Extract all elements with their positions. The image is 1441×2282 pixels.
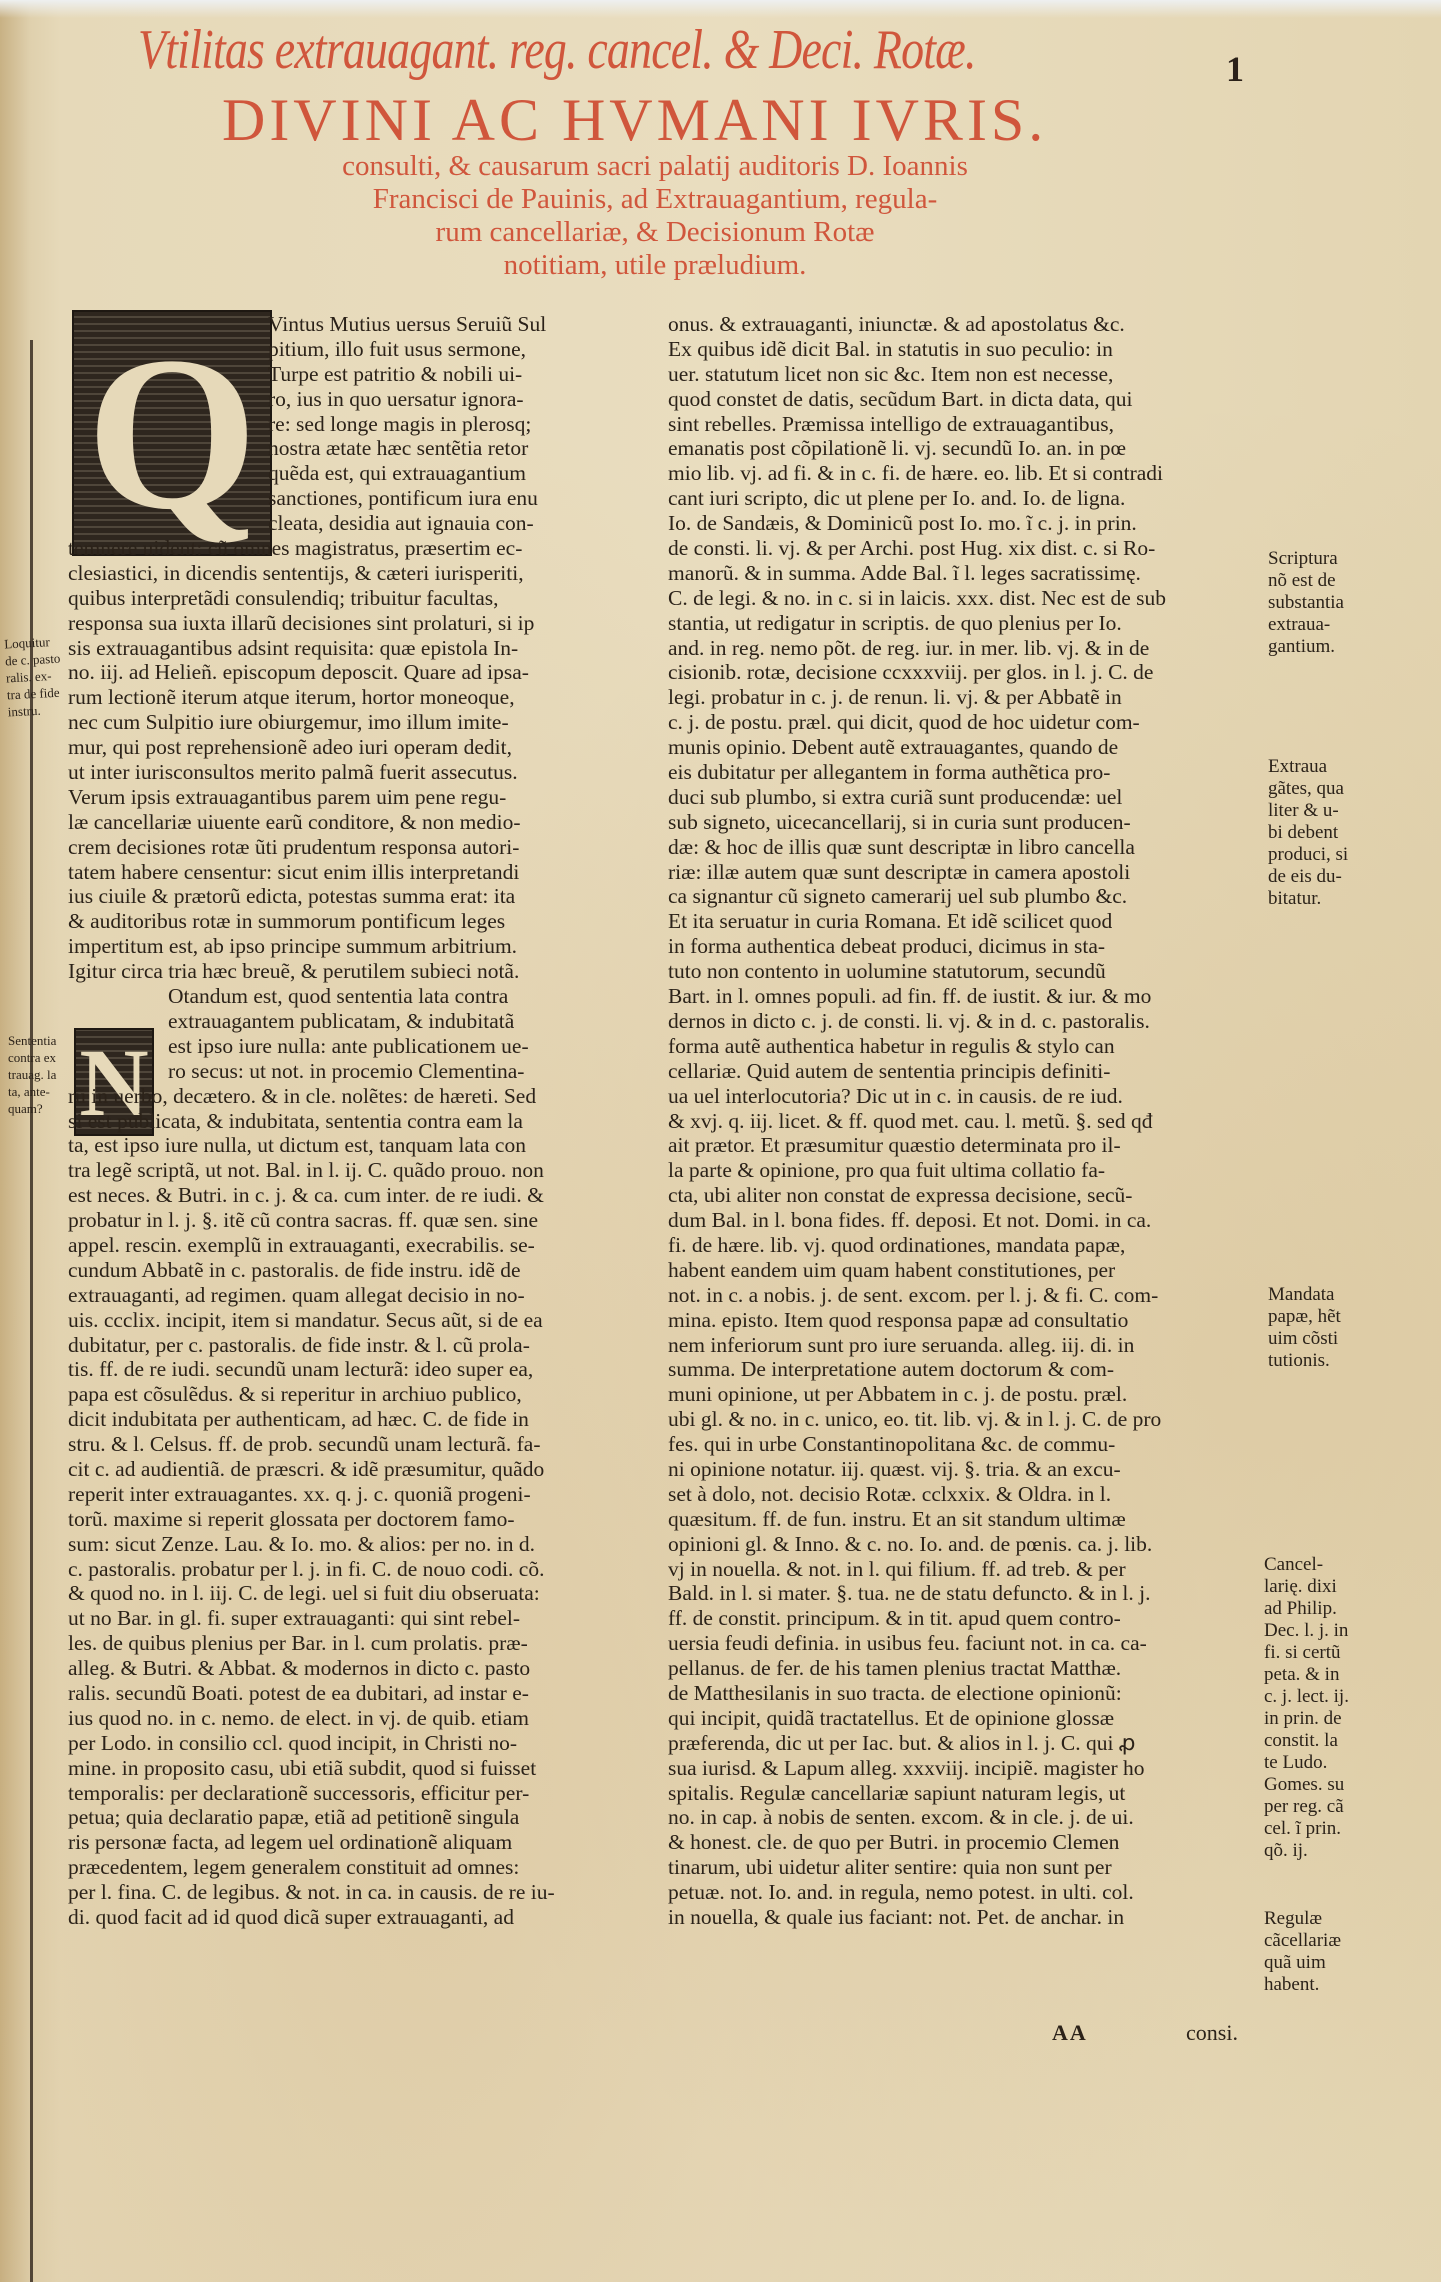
text-line: ro, ius in quo uersatur ignora- — [68, 387, 628, 412]
margin-note-line: habent. — [1264, 1974, 1384, 1996]
text-line: di. quod facit ad id quod dicã super ext… — [68, 1905, 628, 1930]
text-line: per l. fina. C. de legibus. & not. in ca… — [68, 1880, 628, 1905]
text-line: cit c. ad audientiã. de præscri. & idẽ p… — [68, 1457, 628, 1482]
text-line: tatem habere censentur: sicut enim illis… — [68, 860, 628, 885]
text-line: ralis. secundũ Boati. potest de ea dubit… — [68, 1681, 628, 1706]
margin-note-line: peta. & in — [1264, 1664, 1384, 1686]
left-margin-note: Loquiturde c. pastoralis. ex-tra de fide… — [4, 633, 64, 721]
text-line: cundum Abbatẽ in c. pastoralis. de fide … — [68, 1258, 628, 1283]
text-line: Et ita seruatur in curia Romana. Et idẽ … — [668, 909, 1250, 934]
margin-note-line: bitatur. — [1268, 888, 1388, 910]
text-line: papa est cõsulẽdus. & si reperitur in ar… — [68, 1382, 628, 1407]
text-line: ius quod no. in c. nemo. de elect. in vj… — [68, 1706, 628, 1731]
text-line: extrauagantem publicatam, & indubitatã — [68, 1009, 628, 1034]
margin-note-line: bi debent — [1268, 822, 1388, 844]
text-line: ubi gl. & no. in c. unico, eo. tit. lib.… — [668, 1407, 1250, 1432]
text-line: ca signantur cũ signeto camerarij uel su… — [668, 884, 1250, 909]
text-line: rum lectionẽ iterum atque iterum, hortor… — [68, 685, 628, 710]
margin-note-line: tra de fide — [6, 684, 63, 704]
text-line: præferenda, dic ut per Iac. but. & alios… — [668, 1731, 1250, 1756]
text-line: de Matthesilanis in suo tracta. de elect… — [668, 1681, 1250, 1706]
page-title: DIVINI AC HVMANI IVRIS. — [222, 86, 1082, 155]
margin-note-line: in prin. de — [1264, 1708, 1384, 1730]
margin-note-line: larię. dixi — [1264, 1576, 1384, 1598]
text-line: mine. in proposito casu, ubi etiã subdit… — [68, 1756, 628, 1781]
text-line: duci sub plumbo, si extra curiã sunt pro… — [668, 785, 1250, 810]
margin-note-line: nõ est de — [1268, 570, 1388, 592]
text-line: stantia, ut redigatur in scriptis. de qu… — [668, 611, 1250, 636]
margin-note-line: de c. pasto — [5, 650, 62, 670]
left-margin-note: Sententiacontra extrauag. lata, ante-qua… — [8, 1032, 62, 1117]
margin-note-line: substantia — [1268, 592, 1388, 614]
subtitle-line: consulti, & causarum sacri palatij audit… — [230, 150, 1080, 183]
text-line: crem decisiones rotæ ũti prudentum respo… — [68, 835, 628, 860]
text-line: Bart. in l. omnes populi. ad fin. ff. de… — [668, 984, 1250, 1009]
margin-note-line: quam? — [8, 1100, 62, 1117]
text-line: uersia feudi definia. in usibus feu. fac… — [668, 1631, 1250, 1656]
text-line: summa. De interpretatione autem doctorum… — [668, 1357, 1250, 1382]
right-margin-note: Extrauagãtes, qualiter & u-bi debentprod… — [1268, 756, 1388, 910]
text-line: pitium, illo fuit usus sermone, — [68, 337, 628, 362]
text-line: sint rebelles. Præmissa intelligo de ext… — [668, 412, 1250, 437]
margin-note-line: te Ludo. — [1264, 1752, 1384, 1774]
margin-note-line: qõ. ij. — [1264, 1840, 1384, 1862]
right-margin-note: Scripturanõ est desubstantiaextraua-gant… — [1268, 548, 1388, 658]
text-line: fi. de hære. lib. vj. quod ordinationes,… — [668, 1233, 1250, 1258]
text-line: ius ciuile & prætorũ edicta, potestas su… — [68, 884, 628, 909]
text-line: si est publicata, & indubitata, sententi… — [68, 1109, 628, 1134]
margin-note-line: Extraua — [1268, 756, 1388, 778]
text-line: onus. & extrauaganti, iniunctæ. & ad apo… — [668, 312, 1250, 337]
text-line: manorũ. & in summa. Adde Bal. ĩ l. leges… — [668, 561, 1250, 586]
text-line: spitalis. Regulæ cancellariæ sapiunt nat… — [668, 1781, 1250, 1806]
text-line: præcedentem, legem generalem constituit … — [68, 1855, 628, 1880]
text-line: cta, ubi aliter non constat de expressa … — [668, 1183, 1250, 1208]
margin-note-line: trauag. la — [8, 1066, 62, 1083]
margin-note-line: constit. la — [1264, 1730, 1384, 1752]
margin-note-line: papæ, hẽt — [1268, 1306, 1388, 1328]
text-line: dicit indubitata per authenticam, ad hæc… — [68, 1407, 628, 1432]
right-text-column: onus. & extrauaganti, iniunctæ. & ad apo… — [668, 312, 1250, 1930]
text-line: & honest. cle. de quo per Butri. in proc… — [668, 1830, 1250, 1855]
text-line: Igitur circa tria hæc breuẽ, & perutilem… — [68, 959, 628, 984]
text-line: Ex quibus idẽ dicit Bal. in statutis in … — [668, 337, 1250, 362]
running-head: Vtilitas extrauagant. reg. cancel. & Dec… — [138, 18, 991, 82]
text-line: habent eandem uim quam habent constituti… — [668, 1258, 1250, 1283]
text-line: quæsitum. ff. de fun. instru. Et an sit … — [668, 1507, 1250, 1532]
text-line: quibus interpretãdi consulendiq; tribuit… — [68, 586, 628, 611]
margin-note-line: fi. si certũ — [1264, 1642, 1384, 1664]
text-line: re: sed longe magis in plerosq; — [68, 412, 628, 437]
margin-note-line: cãcellariæ — [1264, 1930, 1384, 1952]
text-line: de consti. li. vj. & per Archi. post Hug… — [668, 536, 1250, 561]
text-line: ro secus: ut not. in procemio Clementina… — [68, 1059, 628, 1084]
text-line: no. iij. ad Helieñ. episcopum deposcit. … — [68, 660, 628, 685]
subtitle-line: notitiam, utile præludium. — [230, 249, 1080, 282]
text-line: c. pastoralis. probatur per l. j. in fi.… — [68, 1557, 628, 1582]
text-line: temnere uident: cũ omnes magistratus, pr… — [68, 536, 628, 561]
text-line: opinioni gl. & Inno. & c. no. Io. and. d… — [668, 1532, 1250, 1557]
margin-note-line: gantium. — [1268, 636, 1388, 658]
text-line: est neces. & Butri. in c. j. & ca. cum i… — [68, 1183, 628, 1208]
text-line: c. j. de postu. præl. qui dicit, quod de… — [668, 710, 1250, 735]
text-line: quẽda est, qui extrauagantium — [68, 461, 628, 486]
margin-note-line: cel. ĩ prin. — [1264, 1818, 1384, 1840]
text-line: riæ: illæ autem quæ sunt descriptæ in ca… — [668, 860, 1250, 885]
text-line: est ipso iure nulla: ante publicationem … — [68, 1034, 628, 1059]
text-line: pellanus. de fer. de his tamen plenius t… — [668, 1656, 1250, 1681]
right-margin-note: Regulæcãcellariæquã uimhabent. — [1264, 1908, 1384, 1996]
text-line: sua iurisd. & Lapum alleg. xxxviij. inci… — [668, 1756, 1250, 1781]
text-line: Verum ipsis extrauagantibus parem uim pe… — [68, 785, 628, 810]
text-line: clesiastici, in dicendis sententijs, & c… — [68, 561, 628, 586]
text-line: vj in nouella. & not. in l. qui filium. … — [668, 1557, 1250, 1582]
margin-note-line: Sententia — [8, 1032, 62, 1049]
text-line: Vintus Mutius uersus Seruiũ Sul — [68, 312, 628, 337]
text-line: alleg. & Butri. & Abbat. & modernos in d… — [68, 1656, 628, 1681]
text-line: forma autẽ authentica habetur in regulis… — [668, 1034, 1250, 1059]
right-margin-note: Mandatapapæ, hẽtuim cõstitutionis. — [1268, 1284, 1388, 1372]
margin-note-line: Cancel- — [1264, 1554, 1384, 1576]
margin-note-line: extraua- — [1268, 614, 1388, 636]
text-line: & auditoribus rotæ in summorum pontificu… — [68, 909, 628, 934]
margin-note-line: Gomes. su — [1264, 1774, 1384, 1796]
text-line: probatur in l. j. §. itẽ cũ contra sacra… — [68, 1208, 628, 1233]
text-line: sanctiones, pontificum iura enu — [68, 486, 628, 511]
margin-note-line: de eis du- — [1268, 866, 1388, 888]
text-line: Io. de Sandæis, & Dominicũ post Io. mo. … — [668, 511, 1250, 536]
text-line: petua; quia declaratio papæ, etiã ad pet… — [68, 1805, 628, 1830]
text-line: in nouella, & quale ius faciant: not. Pe… — [668, 1905, 1250, 1930]
text-line: tinarum, ubi uidetur aliter sentire: qui… — [668, 1855, 1250, 1880]
text-line: cleata, desidia aut ignauia con- — [68, 511, 628, 536]
text-line: C. de legi. & no. in c. si in laicis. xx… — [668, 586, 1250, 611]
text-line: sub signeto, uicecancellarij, si in curi… — [668, 810, 1250, 835]
text-line: qui incipit, quidã tractatellus. Et de o… — [668, 1706, 1250, 1731]
text-line: fes. qui in urbe Constantinopolitana &c.… — [668, 1432, 1250, 1457]
text-line: & xvj. q. iij. licet. & ff. quod met. ca… — [668, 1109, 1250, 1134]
text-line: les. de quibus plenius per Bar. in l. cu… — [68, 1631, 628, 1656]
text-line: quod constet de datis, secũdum Bart. in … — [668, 387, 1250, 412]
text-line: sum: sicut Zenze. Lau. & Io. mo. & alios… — [68, 1532, 628, 1557]
text-line: sis extrauagantibus adsint requisita: qu… — [68, 636, 628, 661]
text-line: no. in cap. à nobis de senten. excom. & … — [668, 1805, 1250, 1830]
text-line: ta, est ipso iure nulla, ut dictum est, … — [68, 1133, 628, 1158]
text-line: ait prætor. Et præsumitur quæstio determ… — [668, 1133, 1250, 1158]
margin-note-line: tutionis. — [1268, 1350, 1388, 1372]
text-line: Otandum est, quod sententia lata contra — [68, 984, 628, 1009]
text-line: nec cum Sulpitio iure obiurgemur, imo il… — [68, 710, 628, 735]
binding-edge — [30, 340, 33, 2282]
text-line: stru. & l. Celsus. ff. de prob. secundũ … — [68, 1432, 628, 1457]
book-page: Vtilitas extrauagant. reg. cancel. & Dec… — [0, 0, 1441, 2282]
margin-note-line: contra ex — [8, 1049, 62, 1066]
text-line: cisionib. rotæ, decisione ccxxxviij. per… — [668, 660, 1250, 685]
text-line: per Lodo. in consilio ccl. quod incipit,… — [68, 1731, 628, 1756]
text-line: Bald. in l. si mater. §. tua. ne de stat… — [668, 1581, 1250, 1606]
margin-note-line: Regulæ — [1264, 1908, 1384, 1930]
text-line: emanatis post cõpilationẽ li. vj. secund… — [668, 436, 1250, 461]
text-line: muni opinione, ut per Abbatem in c. j. d… — [668, 1382, 1250, 1407]
margin-note-line: quã uim — [1264, 1952, 1384, 1974]
folio-number: 1 — [1226, 48, 1244, 90]
margin-note-line: instru. — [7, 700, 64, 720]
text-line: mur, qui post reprehensionẽ adeo iuri op… — [68, 735, 628, 760]
text-line: impertitum est, ab ipso principe summum … — [68, 934, 628, 959]
text-line: mio lib. vj. ad fi. & in c. fi. de hære.… — [668, 461, 1250, 486]
margin-note-line: produci, si — [1268, 844, 1388, 866]
text-line: not. in c. a nobis. j. de sent. excom. p… — [668, 1283, 1250, 1308]
text-line: cellariæ. Quid autem de sententia princi… — [668, 1059, 1250, 1084]
text-line: in forma authentica debeat produci, dici… — [668, 934, 1250, 959]
text-line: temporalis: per declarationẽ successoris… — [68, 1781, 628, 1806]
margin-note-line: c. j. lect. ij. — [1264, 1686, 1384, 1708]
text-line: munis opinio. Debent autẽ extrauagantes,… — [668, 735, 1250, 760]
text-line: eis dubitatur per allegantem in forma au… — [668, 760, 1250, 785]
margin-note-line: uim cõsti — [1268, 1328, 1388, 1350]
text-line: petuæ. not. Io. and. in regula, nemo pot… — [668, 1880, 1250, 1905]
text-line: appel. rescin. exemplũ in extrauaganti, … — [68, 1233, 628, 1258]
catchword: consi. — [1186, 2020, 1238, 2046]
text-line: dubitatur, per c. pastoralis. de fide in… — [68, 1333, 628, 1358]
text-line: set à dolo, not. decisio Rotæ. cclxxix. … — [668, 1482, 1250, 1507]
text-line: ff. de constit. principum. & in tit. apu… — [668, 1606, 1250, 1631]
text-line: ris personæ facta, ad legem uel ordinati… — [68, 1830, 628, 1855]
right-margin-note: Cancel-larię. dixiad Philip.Dec. l. j. i… — [1264, 1554, 1384, 1862]
margin-note-line: per reg. cã — [1264, 1796, 1384, 1818]
text-line: ut inter iurisconsultos merito palmã fue… — [68, 760, 628, 785]
subtitle-line: rum cancellariæ, & Decisionum Rotæ — [230, 216, 1080, 249]
margin-note-line: ad Philip. — [1264, 1598, 1384, 1620]
text-line: tis. ff. de re iudi. secundũ unam lectur… — [68, 1357, 628, 1382]
text-line: torũ. maxime si reperit glossata per doc… — [68, 1507, 628, 1532]
page-top-edge — [0, 0, 1441, 18]
text-line: ua uel interlocutoria? Dic ut in c. in c… — [668, 1084, 1250, 1109]
text-line: legi. probatur in c. j. de renun. li. vj… — [668, 685, 1250, 710]
signature-mark: AA — [1052, 2020, 1088, 2046]
text-line: dæ: & hoc de illis quæ sunt descriptæ in… — [668, 835, 1250, 860]
text-line: and. in reg. nemo põt. de reg. iur. in m… — [668, 636, 1250, 661]
text-line: rũ in uerbo, decætero. & in cle. nolẽtes… — [68, 1084, 628, 1109]
text-line: mina. episto. Item quod responsa papæ ad… — [668, 1308, 1250, 1333]
margin-note-line: gãtes, qua — [1268, 778, 1388, 800]
left-text-column: Vintus Mutius uersus Seruiũ Sulpitium, i… — [68, 312, 628, 1930]
text-line: cant iuri scripto, dic ut plene per Io. … — [668, 486, 1250, 511]
text-line: nem inferiorum sunt pro iure seruanda. a… — [668, 1333, 1250, 1358]
text-line: responsa sua iuxta illarũ decisiones sin… — [68, 611, 628, 636]
text-line: uis. ccclix. incipit, item si mandatur. … — [68, 1308, 628, 1333]
text-line: ut no Bar. in gl. fi. super extrauaganti… — [68, 1606, 628, 1631]
margin-note-line: Mandata — [1268, 1284, 1388, 1306]
text-line: la parte & opinione, pro qua fuit ultima… — [668, 1158, 1250, 1183]
text-line: tuto non contento in uolumine statutorum… — [668, 959, 1250, 984]
text-line: extrauaganti, ad regimen. quam allegat d… — [68, 1283, 628, 1308]
text-line: tra legẽ scriptã, ut not. Bal. in l. ij.… — [68, 1158, 628, 1183]
margin-note-line: ta, ante- — [8, 1083, 62, 1100]
text-line: læ cancellariæ uiuente earũ conditore, &… — [68, 810, 628, 835]
margin-note-line: liter & u- — [1268, 800, 1388, 822]
text-line: nostra ætate hæc sentẽtia retor — [68, 436, 628, 461]
text-line: Turpe est patritio & nobili ui- — [68, 362, 628, 387]
text-line: uer. statutum licet non sic &c. Item non… — [668, 362, 1250, 387]
text-line: reperit inter extrauagantes. xx. q. j. c… — [68, 1482, 628, 1507]
text-line: dum Bal. in l. bona fides. ff. deposi. E… — [668, 1208, 1250, 1233]
margin-note-line: Dec. l. j. in — [1264, 1620, 1384, 1642]
text-line: ni opinione notatur. iij. quæst. vij. §.… — [668, 1457, 1250, 1482]
subtitle-line: Francisci de Pauinis, ad Extrauagantium,… — [230, 183, 1080, 216]
text-line: dernos in dicto c. j. de consti. li. vj.… — [668, 1009, 1250, 1034]
margin-note-line: Scriptura — [1268, 548, 1388, 570]
page-subtitle: consulti, & causarum sacri palatij audit… — [230, 150, 1080, 282]
text-line: & quod no. in l. iij. C. de legi. uel si… — [68, 1581, 628, 1606]
